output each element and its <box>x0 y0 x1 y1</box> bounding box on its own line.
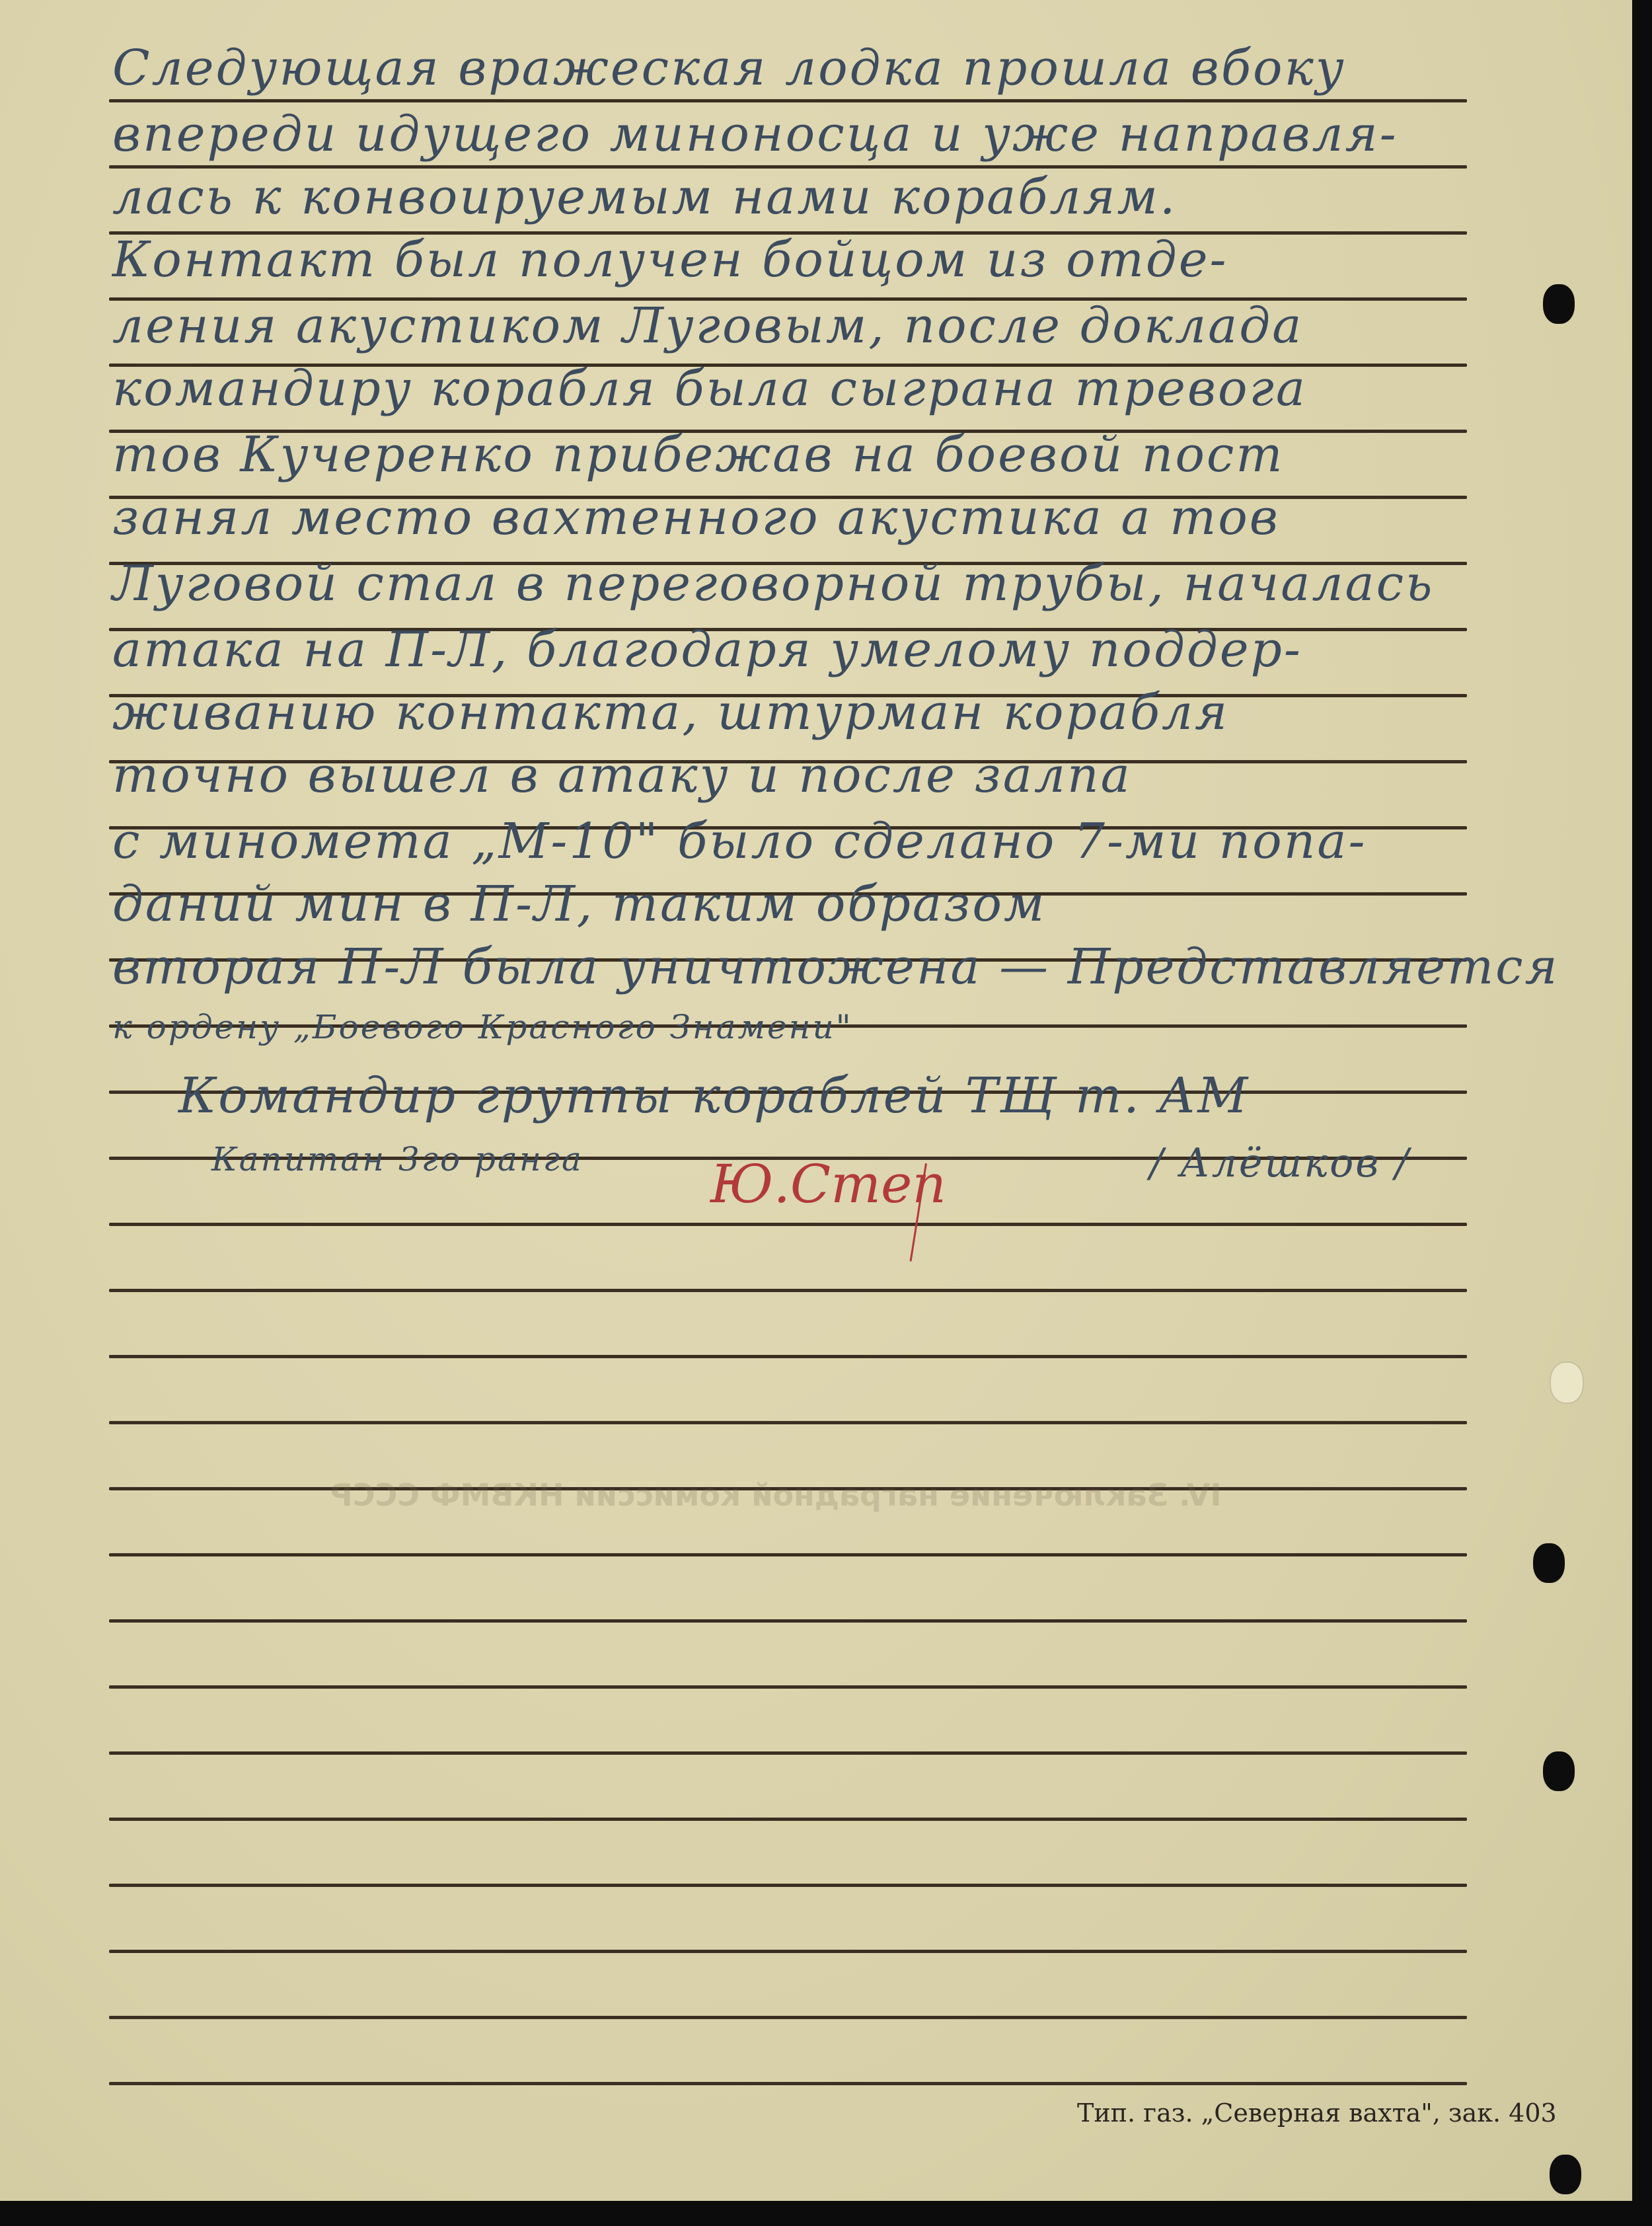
ruled-line <box>109 2082 1467 2085</box>
ruled-line <box>109 1421 1467 1424</box>
handwritten-line-9: Луговой стал в переговорной трубы, начал… <box>112 555 1434 612</box>
handwritten-line-10: атака на П-Л, благодаря умелому поддер- <box>112 621 1302 678</box>
ruled-line <box>109 1818 1467 1821</box>
red-signature: Ю.Степ <box>710 1153 946 1215</box>
punch-hole-torn <box>1550 1362 1584 1404</box>
printer-footer: Тип. газ. „Северная вахта", зак. 403 <box>1077 2098 1557 2128</box>
ruled-line <box>109 1223 1467 1226</box>
ruled-line <box>109 1289 1467 1292</box>
ruled-line <box>109 1685 1467 1689</box>
punch-hole <box>1543 1751 1575 1791</box>
signature-rank: Капитан 3го ранга <box>211 1140 583 1178</box>
bleed-through-text: IV. Заключение наградной комиссии НКВМФ … <box>330 1477 1221 1513</box>
ruled-line <box>109 2016 1467 2019</box>
handwritten-line-14: даний мин в П-Л, таким образом <box>112 876 1046 933</box>
ruled-line <box>109 1950 1467 1953</box>
handwritten-line-3: лась к конвоируемым нами кораблям. <box>112 169 1177 225</box>
handwritten-line-6: командиру корабля была сыграна тревога <box>112 360 1307 417</box>
handwritten-line-11: живанию контакта, штурман корабля <box>112 684 1229 741</box>
punch-hole <box>1550 2155 1581 2194</box>
signature-title: Командир группы кораблей ТЩ т. АМ <box>178 1067 1250 1124</box>
handwritten-line-7: тов Кучеренко прибежав на боевой пост <box>112 426 1285 483</box>
handwritten-line-15: вторая П-Л была уничтожена — Представляе… <box>112 939 1559 995</box>
handwritten-line-2: впереди идущего миноносца и уже направля… <box>112 106 1398 163</box>
scan-border-bottom <box>0 2201 1652 2226</box>
handwritten-line-13: с миномета „М-10" было сделано 7-ми попа… <box>112 813 1367 870</box>
handwritten-line-5: ления акустиком Луговым, после доклада <box>112 297 1303 354</box>
punch-hole <box>1533 1543 1565 1583</box>
ruled-line <box>109 1553 1467 1556</box>
handwritten-line-4: Контакт был получен бойцом из отде- <box>112 231 1228 288</box>
handwritten-line-16: к ордену „Боевого Красного Знамени" <box>112 1008 853 1046</box>
signature-name: / Алёшков / <box>1150 1140 1410 1186</box>
punch-hole <box>1543 284 1575 324</box>
handwritten-line-12: точно вышел в атаку и после залпа <box>112 747 1132 804</box>
ruled-line <box>109 1619 1467 1623</box>
ruled-line <box>109 1355 1467 1358</box>
scan-border-right <box>1632 0 1652 2226</box>
handwritten-line-8: занял место вахтенного акустика а тов <box>112 489 1280 546</box>
ruled-line <box>109 1751 1467 1755</box>
ruled-line <box>109 1884 1467 1887</box>
handwritten-line-1: Следующая вражеская лодка прошла вбоку <box>112 40 1346 96</box>
ruled-line <box>109 99 1467 102</box>
